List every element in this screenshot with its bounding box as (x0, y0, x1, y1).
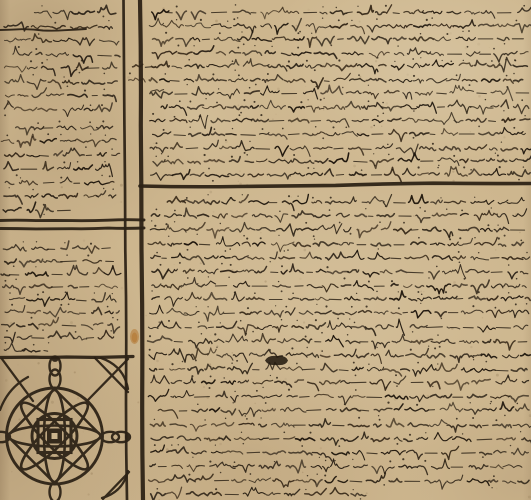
handwriting-left-column-upper (1, 5, 120, 217)
rosette-corner-line (103, 472, 129, 499)
rosette-knot (52, 357, 58, 362)
left-divider-rule-lower (0, 228, 144, 229)
main-horizontal-rule (140, 183, 531, 187)
ornament-top-rule (0, 357, 133, 358)
strikethrough-line (0, 29, 86, 31)
handwriting-left-column-lower (1, 241, 121, 352)
manuscript-page (0, 0, 531, 500)
handwriting-main-column-upper (149, 4, 531, 182)
ink-blot (265, 356, 288, 365)
rosette-center-hole (52, 433, 58, 439)
handwriting-main-column-lower (148, 194, 531, 500)
rosette-knot (125, 434, 130, 440)
rosette-ornament (0, 357, 130, 500)
rosette-chain-link (50, 370, 61, 389)
manuscript-artwork (0, 0, 531, 500)
column-divider-thin (124, 0, 128, 500)
left-divider-rule-upper (0, 220, 144, 221)
rosette-corner-line (87, 359, 128, 401)
column-divider-thick (140, 0, 143, 500)
rosette-corner-arc (0, 377, 28, 410)
rosette-corner-arc (102, 471, 128, 498)
paper-stain (130, 329, 139, 344)
